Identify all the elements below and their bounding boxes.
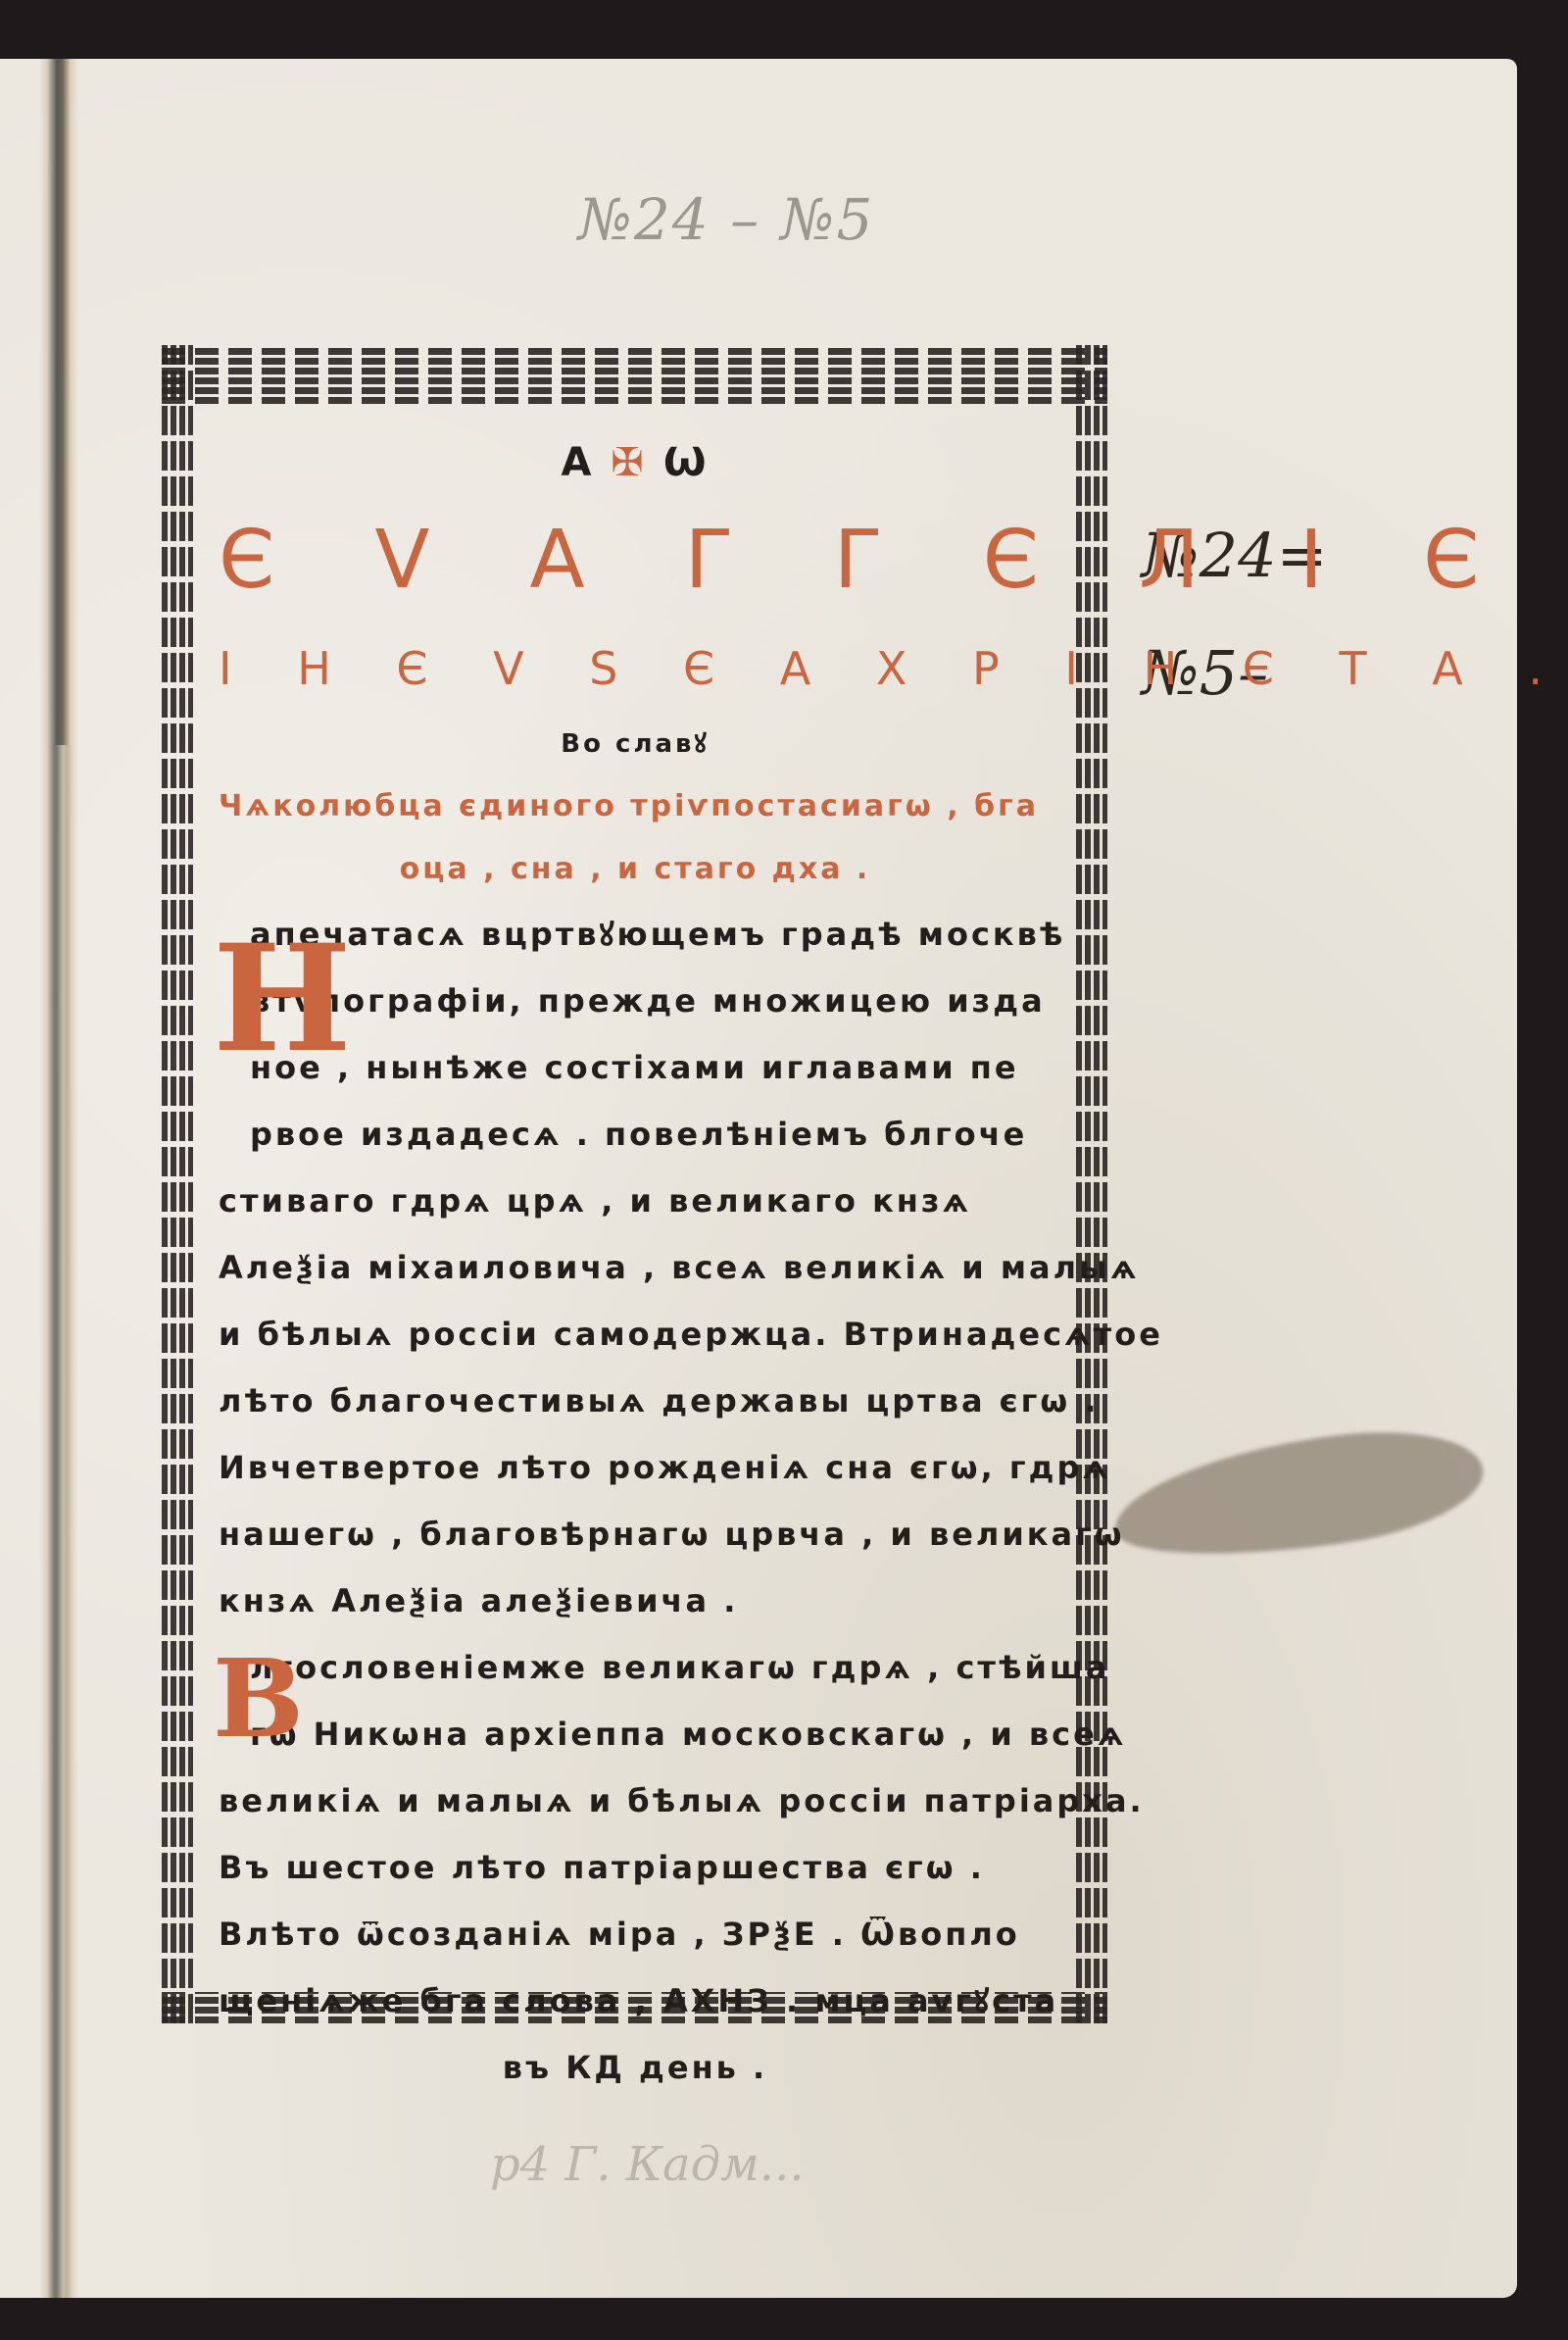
paragraph-2: В лгословеніемже великагѡ гдрѧ , стѣйша …	[219, 1634, 1052, 2101]
text-line: кнзѧ Алеѯіа алеѯіевича .	[219, 1568, 1052, 1634]
ornamental-frame: А ✠ Ѡ Є V А Г Г Є Л І Є І Н Є V Ѕ Є А Х …	[162, 345, 1107, 2023]
page-fold	[54, 745, 73, 2298]
frame-border-top	[162, 345, 1107, 404]
text-line: и бѣлыѧ россіи самодержца. Втринадесѧтое	[219, 1301, 1052, 1368]
text-line: рвое издадесѧ . повелѣніемъ блгоче	[219, 1101, 1052, 1168]
pencil-shelfmark: №24 – №5	[578, 186, 874, 253]
cross-icon: ✠	[611, 440, 647, 485]
red-line-2: оца , сна , и стаго дха .	[219, 838, 1052, 901]
paragraph-1: Н апечатасѧ вцртвꙋющемъ градѣ москвѣ втѵ…	[219, 901, 1052, 1634]
red-line-1: Чѧколюбца єдиного тріѵпостасиагѡ , бга	[219, 775, 1052, 838]
text-line: Ивчетвертое лѣто рожденіѧ сна єгѡ, гдрѧ	[219, 1434, 1052, 1501]
title-line-1: Є V А Г Г Є Л І Є	[219, 497, 1052, 624]
subtitle: Во славꙋ	[219, 713, 1052, 775]
text-line: лѣто благочестивыѧ державы цртва єгѡ .	[219, 1368, 1052, 1434]
text-line: нашегѡ , благовѣрнагѡ црвча , и великагѡ	[219, 1501, 1052, 1568]
text-line: великіѧ и малыѧ и бѣлыѧ россіи патріарха…	[219, 1767, 1052, 1834]
alpha-omega-line: А ✠ Ѡ	[219, 428, 1052, 497]
alpha-letter: А	[561, 440, 594, 485]
omega-letter: Ѡ	[663, 440, 710, 485]
text-line: Въ шестое лѣто патріаршества єгѡ .	[219, 1834, 1052, 1901]
initial-letter-2: В	[213, 1630, 304, 1767]
ink-stain	[1106, 1416, 1491, 1574]
text-line: щеніѧже бга слова , АХНЗ . мца аvгꙋста	[219, 1967, 1052, 2034]
frame-border-left	[162, 345, 193, 2023]
text-line: гѡ Никѡна архіеппа московскагѡ , и всеѧ	[219, 1701, 1052, 1767]
initial-letter-1: Н	[213, 901, 352, 1097]
text-line: Влѣто ѿсозданіѧ міра , ЗРѯЕ . Ѿвопло	[219, 1901, 1052, 1967]
date-line: въ КД день .	[219, 2034, 1052, 2101]
text-line: Алеѯіа міхаиловича , всеѧ великіѧ и малы…	[219, 1234, 1052, 1301]
text-line: стиваго гдрѧ црѧ , и великаго кнзѧ	[219, 1168, 1052, 1234]
title-text-block: А ✠ Ѡ Є V А Г Г Є Л І Є І Н Є V Ѕ Є А Х …	[219, 428, 1052, 2101]
faint-handwriting: р4 Г. Кадм...	[490, 2137, 805, 2192]
text-line: лгословеніемже великагѡ гдрѧ , стѣйша	[219, 1634, 1052, 1701]
title-line-2: І Н Є V Ѕ Є А Х Р І Н Є Т А .	[219, 624, 1052, 713]
